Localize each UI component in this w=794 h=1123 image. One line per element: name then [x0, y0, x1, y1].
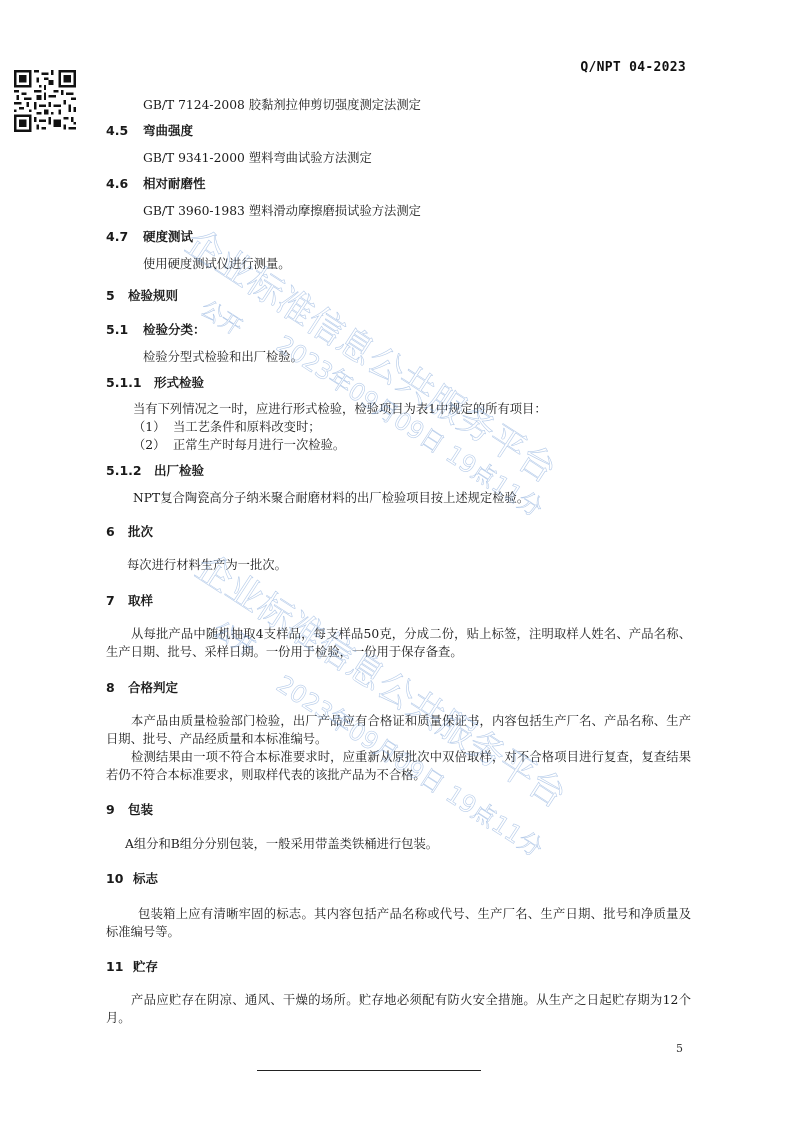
footer-divider	[257, 1070, 481, 1071]
section-heading-6: 6批次	[106, 524, 153, 540]
section-body-11: 产品应贮存在阴凉、通风、干燥的场所。贮存地必须配有防火安全措施。从生产之日起贮存…	[106, 991, 691, 1027]
section-body-8: 本产品由质量检验部门检验，出厂产品应有合格证和质量保证书，内容包括生产厂名、产品…	[106, 712, 691, 748]
section-body-5-1-2: NPT复合陶瓷高分子纳米聚合耐磨材料的出厂检验项目按上述规定检验。	[133, 490, 529, 506]
section-heading-5-1-1: 5.1.1形式检验	[106, 375, 204, 391]
section-heading-10: 10标志	[106, 871, 158, 887]
section-body-7: 从每批产品中随机抽取4支样品，每支样品50克，分成二份，贴上标签，注明取样人姓名…	[106, 625, 691, 661]
standard-code: Q/NPT 04-2023	[580, 60, 686, 75]
method-reference: GB/T 7124-2008 胶黏剂拉伸剪切强度测定法测定	[143, 97, 421, 113]
section-heading-9: 9包装	[106, 802, 153, 818]
section-body-8-retest: 检测结果由一项不符合本标准要求时，应重新从原批次中双倍取样，对不合格项目进行复查…	[106, 748, 691, 784]
document-page: Q/NPT 04-2023 GB/T 7124-2008 胶黏剂拉伸剪切强度测定…	[0, 0, 794, 1123]
list-item: （1）当工艺条件和原料改变时；	[133, 419, 321, 435]
section-body-6: 每次进行材料生产为一批次。	[127, 557, 287, 573]
section-body-9: A组分和B组分分别包装，一般采用带盖类铁桶进行包装。	[125, 836, 438, 852]
list-item: （2）正常生产时每月进行一次检验。	[133, 437, 345, 453]
section-heading-4-5: 4.5弯曲强度	[106, 123, 193, 139]
page-number: 5	[676, 1042, 683, 1055]
section-heading-4-7: 4.7硬度测试	[106, 229, 193, 245]
section-body-10: 包装箱上应有清晰牢固的标志。其内容包括产品名称或代号、生产厂名、生产日期、批号和…	[106, 905, 691, 941]
qr-code-icon	[14, 70, 76, 132]
section-heading-8: 8合格判定	[106, 680, 178, 696]
section-body-4-5: GB/T 9341-2000 塑料弯曲试验方法测定	[143, 150, 372, 166]
section-heading-11: 11贮存	[106, 959, 158, 975]
section-body-4-7: 使用硬度测试仪进行测量。	[143, 256, 291, 272]
section-heading-7: 7取样	[106, 593, 153, 609]
section-heading-5-1: 5.1检验分类：	[106, 322, 206, 338]
section-heading-4-6: 4.6相对耐磨性	[106, 176, 206, 192]
section-body-5-1: 检验分型式检验和出厂检验。	[143, 349, 303, 365]
section-heading-5-1-2: 5.1.2出厂检验	[106, 463, 204, 479]
section-body-5-1-1: 当有下列情况之一时，应进行形式检验，检验项目为表1中规定的所有项目：	[133, 401, 547, 417]
section-heading-5: 5检验规则	[106, 288, 178, 304]
section-body-4-6: GB/T 3960-1983 塑料滑动摩擦磨损试验方法测定	[143, 203, 421, 219]
